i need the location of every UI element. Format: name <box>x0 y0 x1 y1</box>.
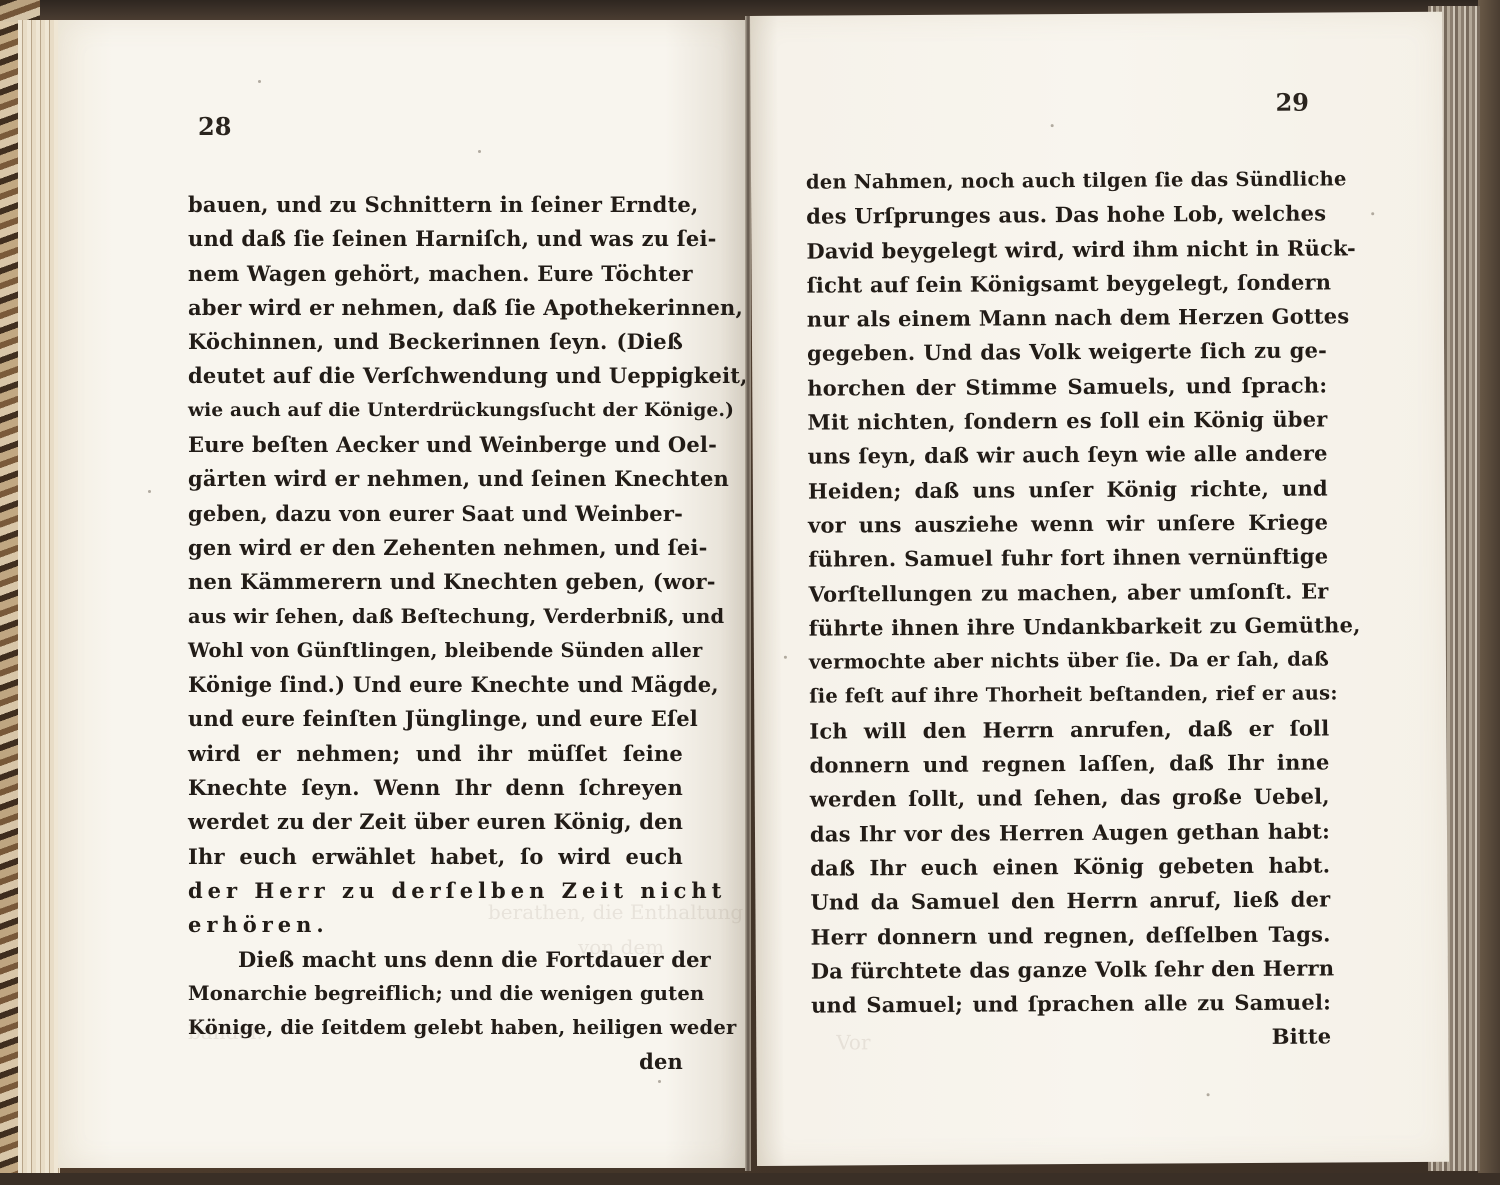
paper-speck <box>784 656 787 659</box>
text-line: den Nahmen, noch auch tilgen ſie das Sün… <box>806 162 1326 199</box>
text-line: Könige ſind.) Und eure Knechte und Mägde… <box>188 668 683 702</box>
paper-speck <box>1051 124 1054 127</box>
text-line: führen. Samuel fuhr fort ihnen vernünfti… <box>808 540 1328 577</box>
text-line: gärten wird er nehmen, und ſeinen Knecht… <box>188 462 683 496</box>
text-line: werden ſollt, und ſehen, das große Uebel… <box>810 780 1330 817</box>
text-line: und eure feinſten Jünglinge, und eure Eſ… <box>188 702 683 736</box>
page-number: 29 <box>1275 88 1309 117</box>
catchword: den <box>188 1045 683 1079</box>
text-line: Könige, die ſeitdem gelebt haben, heilig… <box>188 1011 683 1045</box>
text-line: Mit nichten, ſondern es ſoll ein König ü… <box>807 403 1327 440</box>
text-line: führte ihnen ihre Undankbarkeit zu Gemüt… <box>809 608 1329 645</box>
text-line: Eure beſten Aecker und Weinberge und Oel… <box>188 428 683 462</box>
text-line: des Urſprunges aus. Das hohe Lob, welche… <box>806 197 1326 234</box>
text-line: bauen, und zu Schnittern in ſeiner Erndt… <box>188 188 683 222</box>
text-line: Köchinnen, und Beckerinnen ſeyn. (Dieß <box>188 325 683 359</box>
text-line: wie auch auf die Unterdrückungsſucht der… <box>188 394 683 428</box>
text-line: nur als einem Mann nach dem Herzen Gotte… <box>807 300 1327 337</box>
text-line: horchen der Stimme Samuels, und ſprach: <box>807 368 1327 405</box>
text-line: werdet zu der Zeit über euren König, den <box>188 805 683 839</box>
paper-speck <box>1371 212 1374 215</box>
text-line: uns ſeyn, daß wir auch ſeyn wie alle and… <box>808 437 1328 474</box>
text-line: geben, dazu von eurer Saat und Weinber- <box>188 497 683 531</box>
paper-speck <box>148 490 151 493</box>
text-line: ſie feſt auf ihre Thorheit beſtanden, ri… <box>809 677 1329 714</box>
text-line: vor uns ausziehe wenn wir unſere Kriege <box>808 505 1328 542</box>
page-number: 28 <box>198 112 231 141</box>
page-edges-left <box>18 20 60 1180</box>
text-line: deutet auf die Verſchwendung und Ueppigk… <box>188 359 683 393</box>
text-line: das Ihr vor des Herren Augen gethan habt… <box>810 814 1330 851</box>
right-page: Vor 29 den Nahmen, noch auch tilgen ſie … <box>750 12 1449 1166</box>
text-line: Und da Samuel den Herrn anruf, ließ der <box>810 883 1330 920</box>
text-line: Da fürchtete das ganze Volk ſehr den Her… <box>811 951 1331 988</box>
book-cover-right <box>1478 0 1500 1185</box>
text-line: Ich will den Herrn anrufen, daß er ſoll <box>809 711 1329 748</box>
paper-speck <box>258 80 261 83</box>
catchword: Bitte <box>811 1020 1331 1057</box>
text-line: Heiden; daß uns unſer König richte, und <box>808 471 1328 508</box>
text-line: David beygelegt wird, wird ihm nicht in … <box>806 231 1326 268</box>
text-line: nen Kämmerern und Knechten geben, (wor- <box>188 565 683 599</box>
paper-speck <box>658 1080 661 1083</box>
text-line: Vorſtellungen zu machen, aber umſonſt. E… <box>808 574 1328 611</box>
text-line: vermochte aber nichts über ſie. Da er ſa… <box>809 643 1329 680</box>
text-line: wird er nehmen; und ihr müſſet ſeine <box>188 737 683 771</box>
text-line: donnern und regnen laſſen, daß Ihr inne <box>809 746 1329 783</box>
text-line: Herr donnern und regnen, deſſelben Tags. <box>811 917 1331 954</box>
paper-speck <box>478 150 481 153</box>
text-line: daß Ihr euch einen König gebeten habt. <box>810 848 1330 885</box>
text-line: Monarchie begreiflich; und die wenigen g… <box>188 977 683 1011</box>
page-body-text: den Nahmen, noch auch tilgen ſie das Sün… <box>806 162 1331 1057</box>
page-body-text: bauen, und zu Schnittern in ſeiner Erndt… <box>188 188 683 1080</box>
left-page: berathen, die Enthaltung von dem bandel.… <box>58 20 748 1168</box>
text-line: aber wird er nehmen, daß ſie Apothekerin… <box>188 291 683 325</box>
text-line: Dieß macht uns denn die Fortdauer der <box>188 943 683 977</box>
book-cover-bottom-edge <box>0 1173 1500 1185</box>
text-line: gen wird er den Zehenten nehmen, und ſei… <box>188 531 683 565</box>
text-line: aus wir ſehen, daß Beſtechung, Verderbni… <box>188 600 683 634</box>
text-line: und Samuel; und ſprachen alle zu Samuel: <box>811 986 1331 1023</box>
text-line: und daß ſie ſeinen Harniſch, und was zu … <box>188 222 683 256</box>
text-line: Knechte ſeyn. Wenn Ihr denn ſchreyen <box>188 771 683 805</box>
book-spread: berathen, die Enthaltung von dem bandel.… <box>0 0 1500 1185</box>
text-line: erhören. <box>188 908 683 942</box>
text-line: Ihr euch erwählet habet, ſo wird euch <box>188 840 683 874</box>
text-line: ſicht auf ſein Königsamt beygelegt, ſond… <box>807 265 1327 302</box>
text-line: der Herr zu derſelben Zeit nicht <box>188 874 683 908</box>
text-line: nem Wagen gehört, machen. Eure Töchter <box>188 257 683 291</box>
text-line: gegeben. Und das Volk weigerte ſich zu g… <box>807 334 1327 371</box>
paper-speck <box>1207 1093 1210 1096</box>
text-line: Wohl von Günſtlingen, bleibende Sünden a… <box>188 634 683 668</box>
